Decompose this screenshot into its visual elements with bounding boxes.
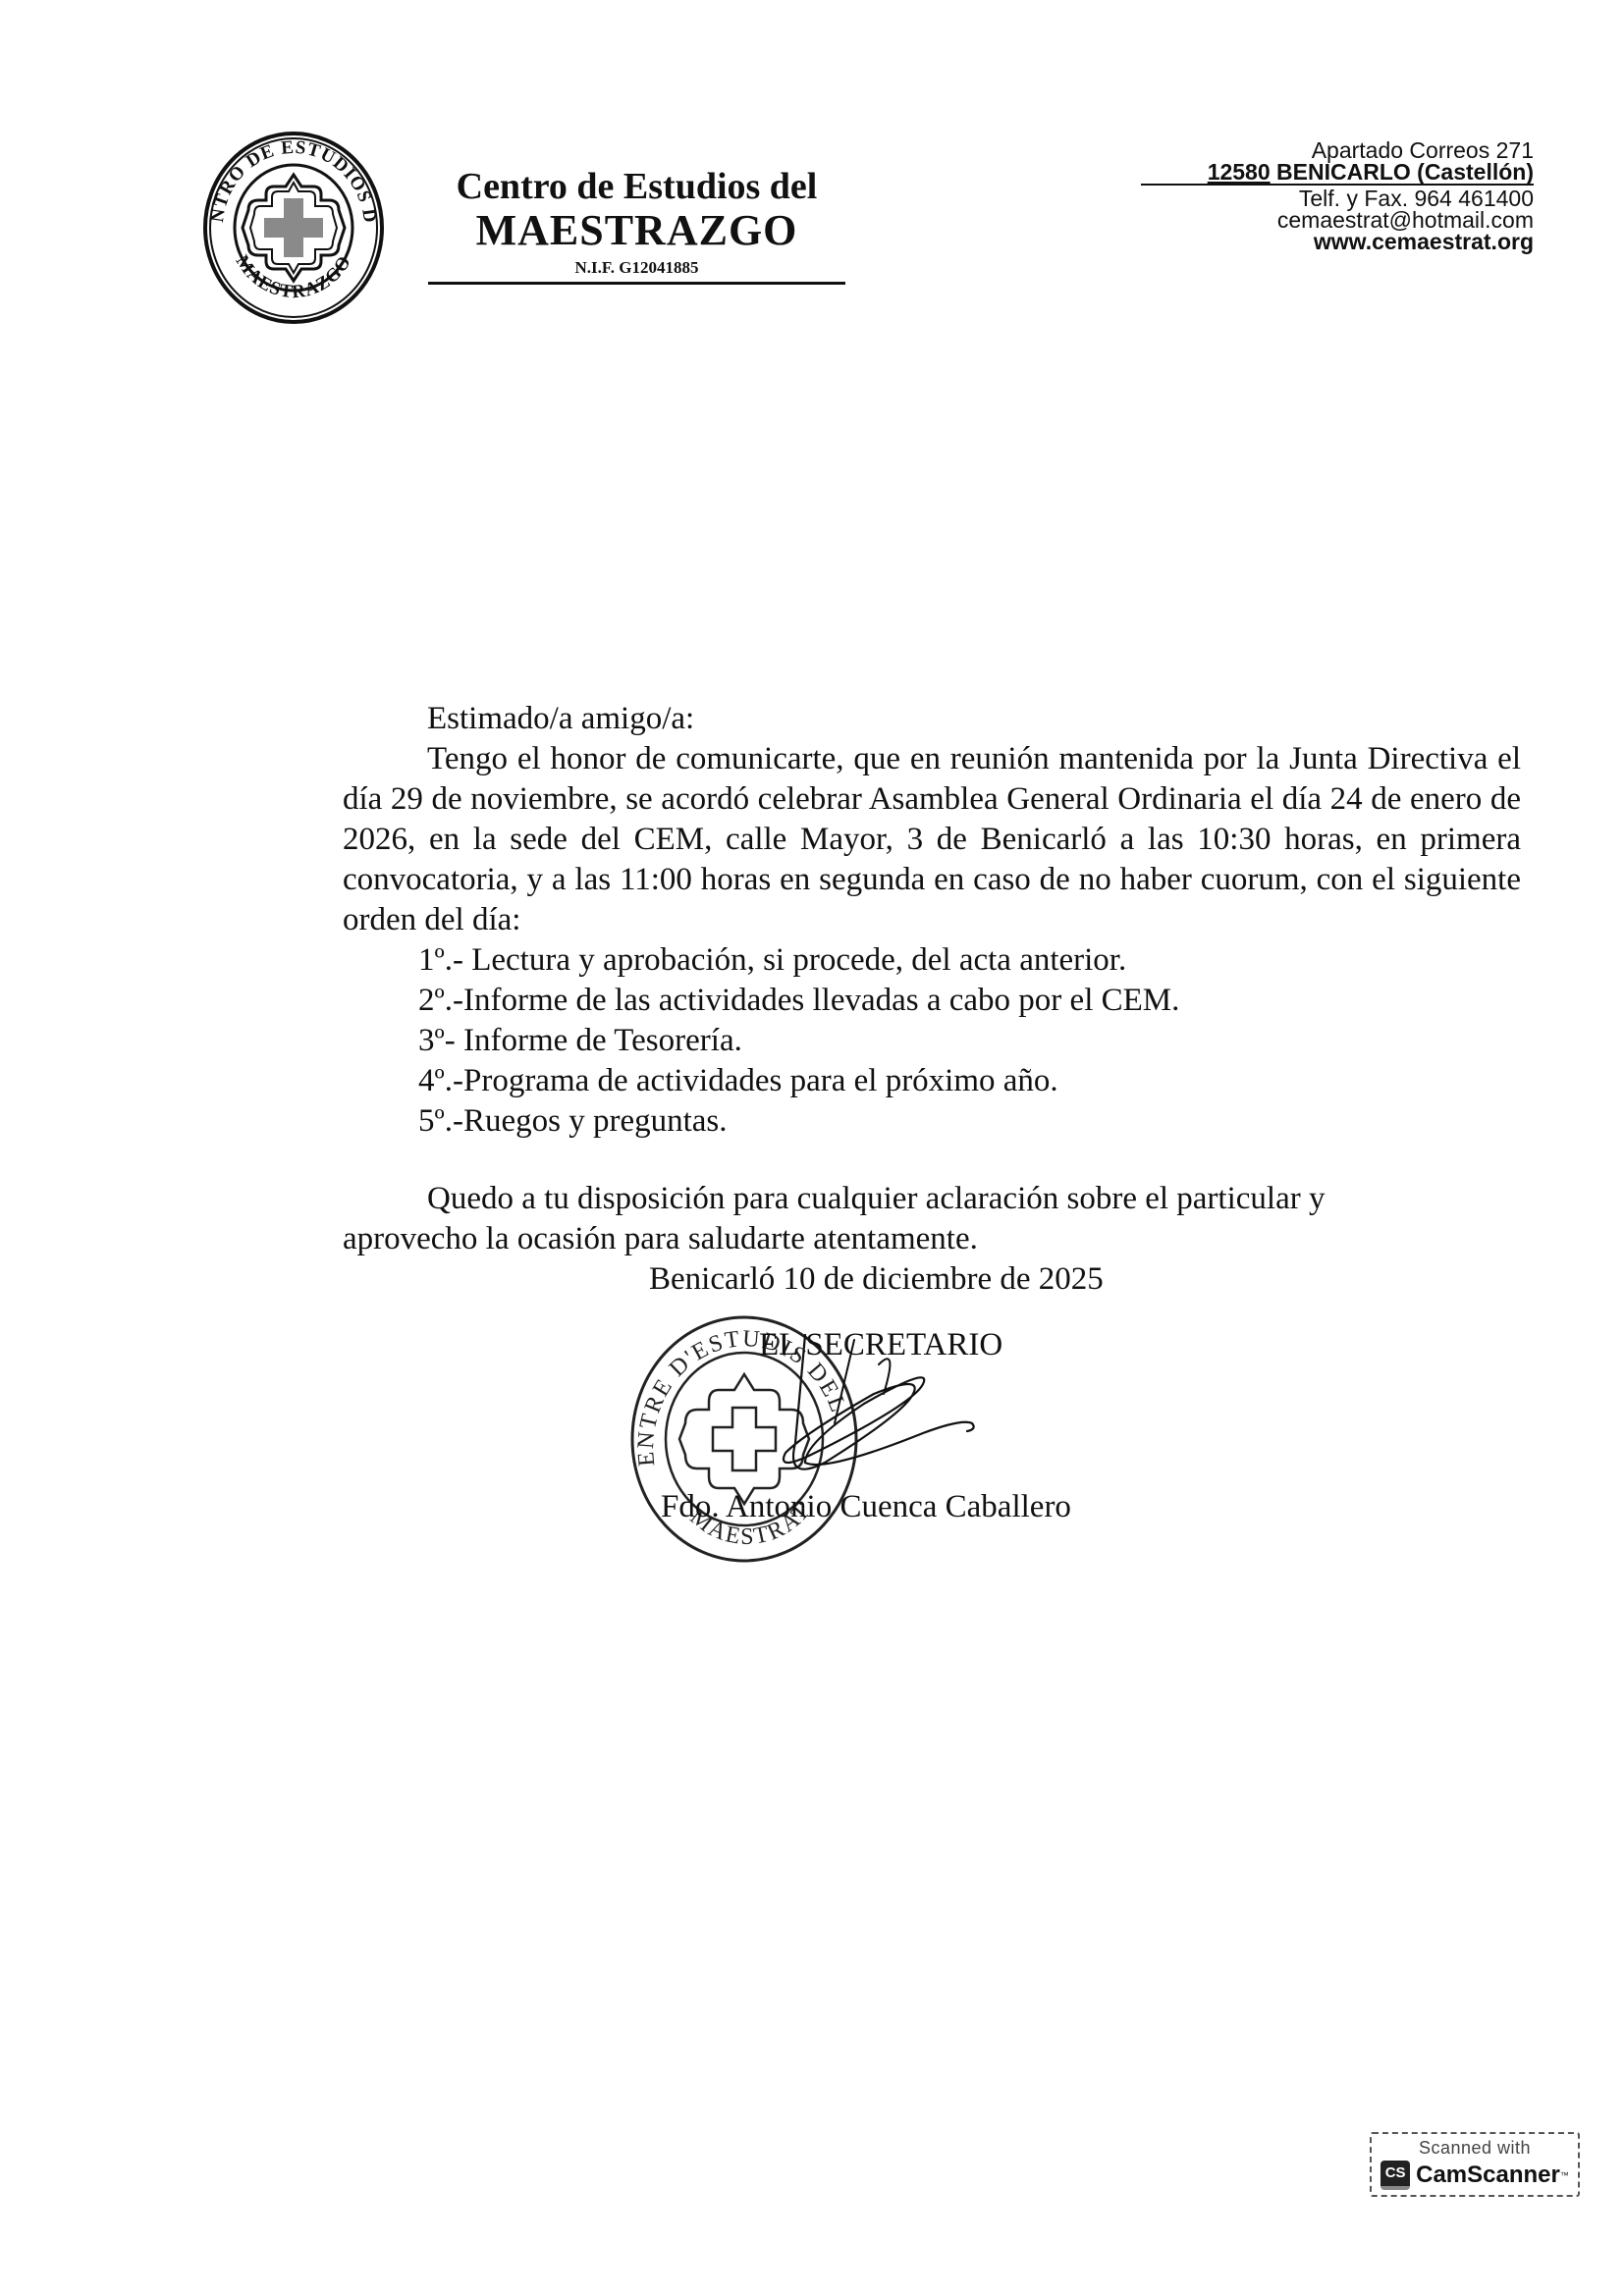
signatory-name: Fdo. Antonio Cuenca Caballero xyxy=(661,1489,1071,1525)
organization-title: Centro de Estudios del MAESTRAZGO N.I.F.… xyxy=(428,165,845,279)
address-block: Apartado Correos 271 12580 BENICARLO (Ca… xyxy=(1121,139,1534,252)
email: cemaestrat@hotmail.com xyxy=(1121,209,1534,231)
agenda-item: 5º.-Ruegos y preguntas. xyxy=(418,1101,1521,1142)
zip-code: 12580 xyxy=(1208,159,1271,185)
agenda-item: 3º- Informe de Tesorería. xyxy=(418,1021,1521,1061)
nif-number: N.I.F. G12041885 xyxy=(428,257,845,279)
agenda-item: 2º.-Informe de las actividades llevadas … xyxy=(418,981,1521,1021)
title-underline xyxy=(428,282,845,285)
city-line: 12580 BENICARLO (Castellón) xyxy=(1121,161,1534,183)
seal-logo-icon: CENTRO DE ESTUDIOS DEL MAESTRAZGO xyxy=(201,130,386,326)
svg-text:MAESTRAZGO: MAESTRAZGO xyxy=(232,251,356,302)
letter-body: Estimado/a amigo/a: Tengo el honor de co… xyxy=(343,699,1521,1300)
website: www.cemaestrat.org xyxy=(1121,231,1534,252)
city: BENICARLO (Castellón) xyxy=(1271,159,1534,185)
intro-paragraph: Tengo el honor de comunicarte, que en re… xyxy=(343,739,1521,940)
po-box: Apartado Correos 271 xyxy=(1121,139,1534,161)
letter-page: CENTRO DE ESTUDIOS DEL MAESTRAZGO Centro… xyxy=(0,0,1624,2296)
camscanner-name: CamScanner xyxy=(1416,2162,1560,2189)
title-line-2: MAESTRAZGO xyxy=(428,208,845,253)
trademark-symbol: ™ xyxy=(1560,2170,1569,2180)
agenda-list: 1º.- Lectura y aprobación, si procede, d… xyxy=(343,940,1521,1142)
seal-ring-bottom: MAESTRAZGO xyxy=(232,251,356,302)
date-line: Benicarló 10 de diciembre de 2025 xyxy=(343,1259,1521,1300)
scanned-with-text: Scanned with xyxy=(1372,2138,1578,2159)
greeting: Estimado/a amigo/a: xyxy=(343,699,1521,739)
phone-fax: Telf. y Fax. 964 461400 xyxy=(1121,187,1534,209)
agenda-item: 1º.- Lectura y aprobación, si procede, d… xyxy=(418,940,1521,981)
signatory-title: EL SECRETARIO xyxy=(759,1327,1002,1363)
camscanner-logo-icon: CS xyxy=(1380,2161,1410,2190)
agenda-item: 4º.-Programa de actividades para el próx… xyxy=(418,1061,1521,1101)
closing-paragraph: Quedo a tu disposición para cualquier ac… xyxy=(343,1179,1393,1259)
camscanner-watermark: Scanned with CS CamScanner ™ xyxy=(1370,2132,1580,2197)
camscanner-brand: CS CamScanner ™ xyxy=(1372,2161,1578,2190)
title-line-1: Centro de Estudios del xyxy=(428,165,845,208)
